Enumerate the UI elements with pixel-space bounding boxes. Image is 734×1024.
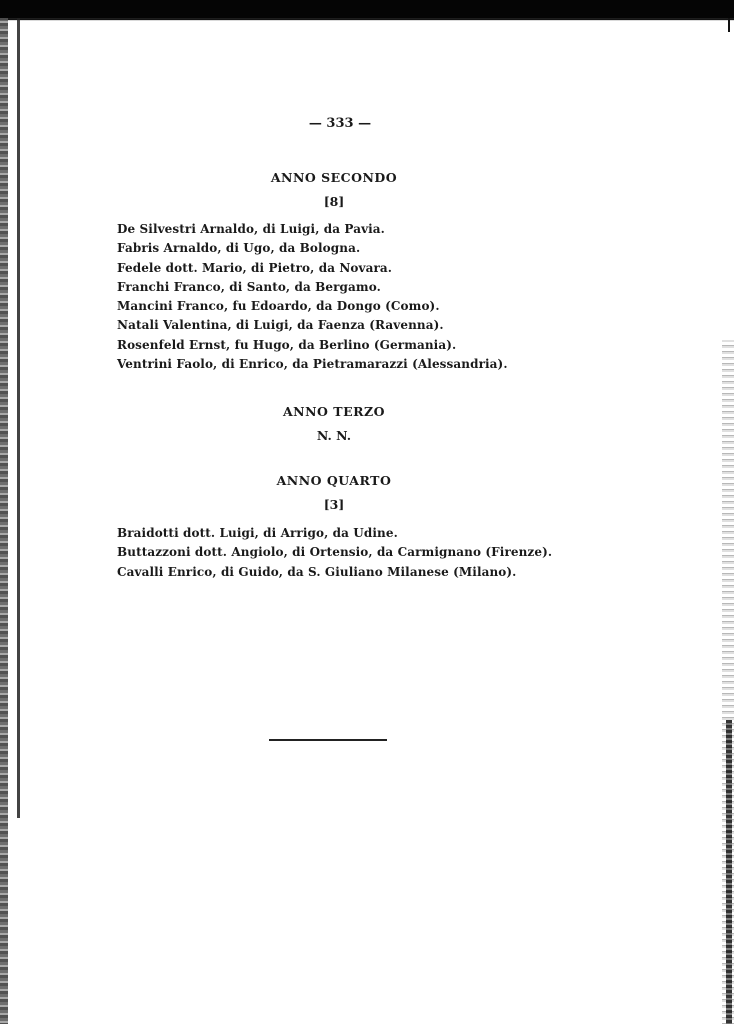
list-item: Buttazzoni dott. Angiolo, di Ortensio, d… bbox=[117, 543, 552, 562]
section-count-anno-quarto: [3] bbox=[0, 497, 668, 512]
section-heading-anno-quarto: ANNO QUARTO bbox=[0, 473, 668, 488]
section-heading-anno-secondo: ANNO SECONDO bbox=[0, 170, 668, 185]
list-item: Fedele dott. Mario, di Pietro, da Novara… bbox=[117, 259, 508, 278]
scan-left-edge bbox=[0, 18, 8, 1024]
scan-right-tick bbox=[728, 18, 730, 32]
list-item: Franchi Franco, di Santo, da Bergamo. bbox=[117, 278, 508, 297]
entry-list-anno-quarto: Braidotti dott. Luigi, di Arrigo, da Udi… bbox=[117, 524, 552, 582]
list-item: Rosenfeld Ernst, fu Hugo, da Berlino (Ge… bbox=[117, 336, 508, 355]
list-item: Fabris Arnaldo, di Ugo, da Bologna. bbox=[117, 239, 508, 258]
section-divider-rule bbox=[269, 739, 387, 741]
scan-right-edge-dark bbox=[726, 720, 732, 1024]
list-item: De Silvestri Arnaldo, di Luigi, da Pavia… bbox=[117, 220, 508, 239]
section-count-anno-secondo: [8] bbox=[0, 194, 668, 209]
list-item: Ventrini Faolo, di Enrico, da Pietramara… bbox=[117, 355, 508, 374]
entry-list-anno-secondo: De Silvestri Arnaldo, di Luigi, da Pavia… bbox=[117, 220, 508, 374]
list-item: Natali Valentina, di Luigi, da Faenza (R… bbox=[117, 316, 508, 335]
section-heading-anno-terzo: ANNO TERZO bbox=[0, 404, 668, 419]
scan-top-border bbox=[0, 0, 734, 20]
list-item: Braidotti dott. Luigi, di Arrigo, da Udi… bbox=[117, 524, 552, 543]
list-item: Mancini Franco, fu Edoardo, da Dongo (Co… bbox=[117, 297, 508, 316]
scan-top-shadow bbox=[0, 18, 734, 21]
page-number: — 333 — bbox=[0, 116, 680, 131]
list-item: Cavalli Enrico, di Guido, da S. Giuliano… bbox=[117, 563, 552, 582]
section-count-anno-terzo: N. N. bbox=[0, 428, 668, 443]
